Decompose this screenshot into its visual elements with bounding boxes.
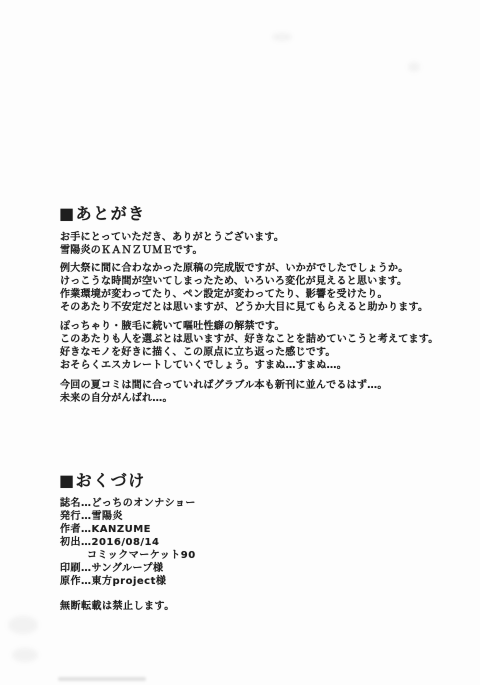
colophon-separator: …	[81, 524, 92, 535]
colophon-label: 原作	[60, 576, 81, 587]
colophon-row-first-published: 初出…2016/08/14	[60, 536, 196, 549]
colophon-separator: …	[81, 576, 92, 587]
colophon-row-publisher: 発行…雪陽炎	[60, 510, 196, 523]
afterword-paragraph-1: お手にとっていただき、ありがとうございます。 雪陽炎のＫＡＮＺＵＭＥです。	[60, 231, 284, 257]
colophon-value: 2016/08/14	[92, 537, 160, 548]
colophon-row-printer: 印刷…サングループ様	[60, 562, 196, 575]
colophon-label: 作者	[60, 524, 81, 535]
text-line: 作業環境が変わってたり、ペン設定が変わってたり、影響を受けたり。	[60, 288, 428, 301]
scan-artifact	[58, 677, 146, 681]
colophon-separator: …	[81, 563, 92, 574]
colophon-row-author: 作者…KANZUME	[60, 523, 196, 536]
afterword-paragraph-3: ぽっちゃり・腋毛に続いて嘔吐性癖の解禁です。 このあたりも人を選ぶとは思いますが…	[60, 320, 438, 372]
colophon-value: 雪陽炎	[92, 511, 124, 522]
colophon-label: 発行	[60, 511, 81, 522]
colophon-row-title: 誌名…どっちのオンナショー	[60, 497, 196, 510]
colophon-separator: …	[81, 537, 92, 548]
colophon-separator: …	[81, 511, 92, 522]
no-reproduction-notice: 無断転載は禁止します。	[60, 597, 175, 612]
colophon-heading: ■おくづけ	[59, 468, 146, 491]
colophon-event-line: コミックマーケット90	[60, 549, 196, 562]
text-line: ぽっちゃり・腋毛に続いて嘔吐性癖の解禁です。	[60, 320, 438, 333]
text-line: 好きなモノを好きに描く、この原点に立ち返った感じです。	[60, 346, 438, 359]
text-line: お手にとっていただき、ありがとうございます。	[60, 231, 284, 244]
text-line: このあたりも人を選ぶとは思いますが、好きなことを詰めていこうと考えてます。	[60, 333, 438, 346]
colophon-label: 誌名	[60, 498, 81, 509]
afterword-heading: ■あとがき	[59, 201, 146, 224]
afterword-paragraph-4: 今回の夏コミは間に合っていればグラブル本も新刊に並んでるはず…。 未来の自分がん…	[60, 379, 388, 405]
colophon-value: サングループ様	[92, 563, 164, 574]
afterword-paragraph-2: 例大祭に間に合わなかった原稿の完成版ですが、いかがでしたでしょうか。 けっこうな…	[60, 262, 428, 314]
text-line: 例大祭に間に合わなかった原稿の完成版ですが、いかがでしたでしょうか。	[60, 262, 428, 275]
text-line: 雪陽炎のＫＡＮＺＵＭＥです。	[60, 244, 284, 257]
text-line: 未来の自分がんばれ…。	[60, 392, 388, 405]
scan-artifact	[12, 648, 38, 662]
colophon-label: 印刷	[60, 563, 81, 574]
colophon-value: KANZUME	[92, 524, 152, 535]
colophon-value: 東方project様	[92, 576, 167, 587]
text-line: そのあたり不安定だとは思いますが、どうか大目に見てもらえると助かります。	[60, 301, 428, 314]
scanned-afterword-page: ■あとがき お手にとっていただき、ありがとうございます。 雪陽炎のＫＡＮＺＵＭＥ…	[0, 0, 480, 685]
text-line: おそらくエスカレートしていくでしょう。すまぬ…すまぬ…。	[60, 359, 438, 372]
colophon-value: どっちのオンナショー	[92, 498, 196, 509]
colophon-list: 誌名…どっちのオンナショー 発行…雪陽炎 作者…KANZUME 初出…2016/…	[60, 497, 196, 588]
scan-artifact	[8, 616, 38, 634]
scan-artifact	[408, 62, 420, 72]
colophon-separator: …	[81, 498, 92, 509]
colophon-row-original-work: 原作…東方project様	[60, 575, 196, 588]
colophon-label: 初出	[60, 537, 81, 548]
scan-artifact	[272, 33, 292, 41]
text-line: 今回の夏コミは間に合っていればグラブル本も新刊に並んでるはず…。	[60, 379, 388, 392]
text-line: けっこうな時間が空いてしまったため、いろいろ変化が見えると思います。	[60, 275, 428, 288]
